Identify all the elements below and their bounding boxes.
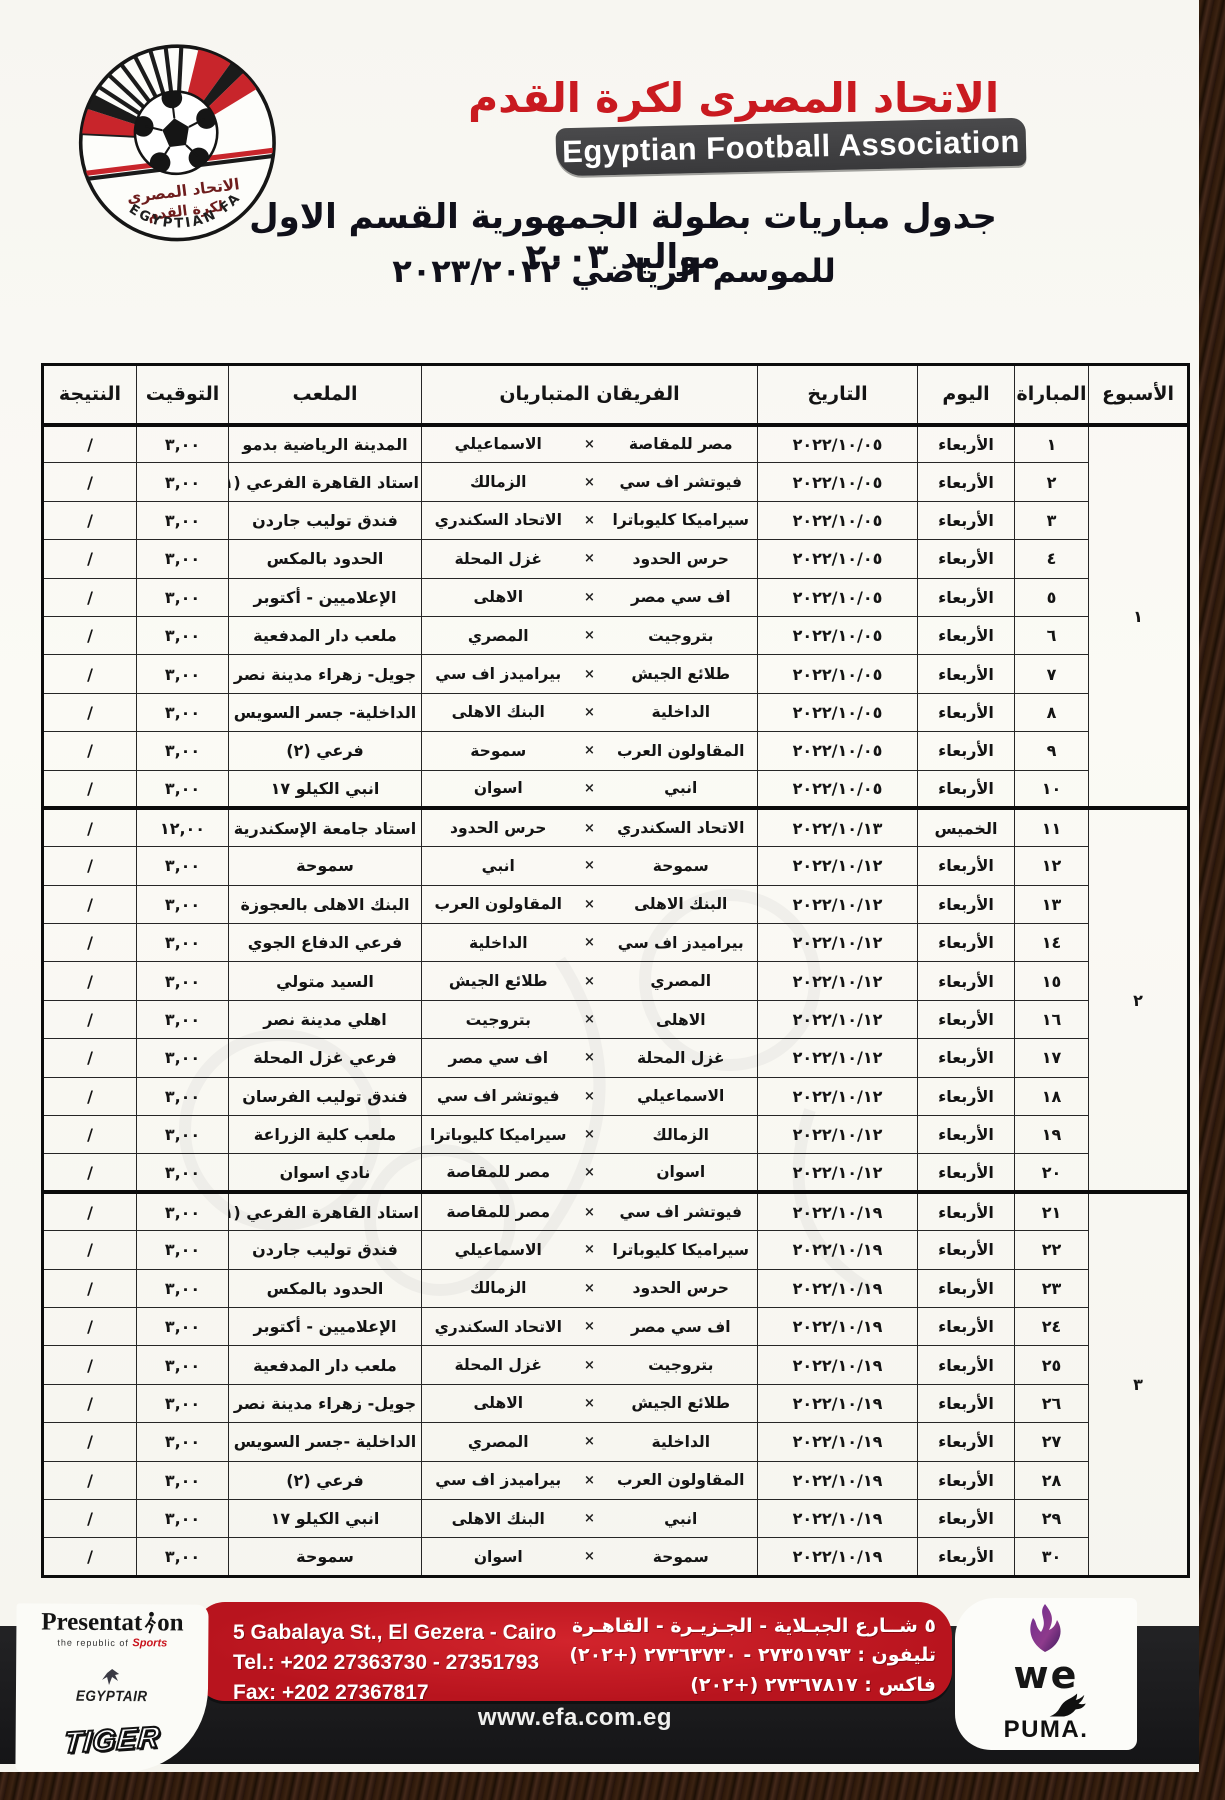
date-cell: ٢٠٢٢/١٠/١٩: [758, 1538, 918, 1576]
away-team: الزمالك: [424, 473, 573, 491]
date-cell: ٢٠٢٢/١٠/٠٥: [758, 770, 918, 808]
table-header-row: الأسبوع المباراة اليوم التاريخ الفريقان …: [43, 365, 1189, 425]
match-row: ٢٠الأربعاء٢٠٢٢/١٠/١٢اسوان×مصر للمقاصةناد…: [43, 1154, 1189, 1192]
venue-cell: نادي اسوان: [229, 1154, 422, 1192]
date-cell: ٢٠٢٢/١٠/٠٥: [758, 463, 918, 501]
teams-cell: اسوان×مصر للمقاصة: [422, 1154, 758, 1192]
venue-cell: فرعي (٢): [229, 1461, 422, 1499]
date-cell: ٢٠٢٢/١٠/١٩: [758, 1307, 918, 1345]
day-cell: الأربعاء: [918, 1192, 1015, 1230]
venue-cell: جويل- زهراء مدينة نصر: [229, 1384, 422, 1422]
day-cell: الأربعاء: [918, 770, 1015, 808]
match-row: ٣٠الأربعاء٢٠٢٢/١٠/١٩سموحة×اسوانسموحة٣,٠٠…: [43, 1538, 1189, 1576]
day-cell: الأربعاء: [918, 1423, 1015, 1461]
header-teams: الفريقان المتباريان: [422, 365, 758, 425]
day-cell: الأربعاء: [918, 501, 1015, 539]
header-time: التوقيت: [137, 365, 229, 425]
home-team: حرس الحدود: [607, 1279, 756, 1297]
time-cell: ٣,٠٠: [137, 540, 229, 578]
date-cell: ٢٠٢٢/١٠/١٩: [758, 1231, 918, 1269]
venue-cell: انبي الكيلو ١٧: [229, 1499, 422, 1537]
away-team: اف سي مصر: [424, 1049, 573, 1067]
teams-cell: المصري×طلائع الجيش: [422, 962, 758, 1000]
teams-cell: سيراميكا كليوباترا×الاسماعيلي: [422, 1231, 758, 1269]
teams-cell: بتروجيت×غزل المحلة: [422, 1346, 758, 1384]
venue-cell: البنك الاهلى بالعجوزة: [229, 885, 422, 923]
day-cell: الأربعاء: [918, 1154, 1015, 1192]
match-row: ١٠الأربعاء٢٠٢٢/١٠/٠٥انبي×اسوانانبي الكيل…: [43, 770, 1189, 808]
home-team: بتروجيت: [607, 1356, 756, 1374]
teams-cell: حرس الحدود×غزل المحلة: [422, 540, 758, 578]
home-team: طلائع الجيش: [607, 665, 756, 683]
away-team: البنك الاهلى: [424, 1510, 573, 1528]
day-cell: الأربعاء: [918, 732, 1015, 770]
week-number-cell: ٣: [1089, 1192, 1189, 1576]
day-cell: الأربعاء: [918, 1384, 1015, 1422]
time-cell: ٣,٠٠: [137, 732, 229, 770]
match-number-cell: ٤: [1015, 540, 1089, 578]
presentation-sports-logo: Presentat on the republic of Sports: [41, 1610, 184, 1650]
away-team: غزل المحلة: [424, 550, 573, 568]
away-team: الاتحاد السكندري: [424, 1318, 573, 1336]
teams-cell: اف سي مصر×الاهلى: [422, 578, 758, 616]
result-cell: /: [43, 616, 137, 654]
result-cell: /: [43, 885, 137, 923]
document-page: الاتحاد المصري لكرة القدم EGYPTIAN FA ال…: [0, 0, 1199, 1772]
date-cell: ٢٠٢٢/١٠/١٢: [758, 1039, 918, 1077]
match-number-cell: ٢: [1015, 463, 1089, 501]
header-match: المباراة: [1015, 365, 1089, 425]
result-cell: /: [43, 540, 137, 578]
result-cell: /: [43, 1499, 137, 1537]
match-row: ١٢الأربعاء٢٠٢٢/١٠/١٢سموحة×انبيسموحة٣,٠٠/: [43, 847, 1189, 885]
match-number-cell: ١٠: [1015, 770, 1089, 808]
away-team: مصر للمقاصة: [424, 1203, 573, 1221]
result-cell: /: [43, 1192, 137, 1230]
vs-symbol: ×: [573, 1511, 607, 1526]
result-cell: /: [43, 1538, 137, 1576]
contact-block-english: 5 Gabalaya St., El Gezera - Cairo Tel.: …: [233, 1618, 556, 1707]
vs-symbol: ×: [573, 821, 607, 836]
away-team: بيراميدز اف سي: [424, 665, 573, 683]
runner-icon: [143, 1611, 156, 1635]
venue-cell: الإعلاميين - أكتوبر: [229, 578, 422, 616]
match-number-cell: ٢٢: [1015, 1231, 1089, 1269]
venue-cell: فرعي (٢): [229, 732, 422, 770]
day-cell: الأربعاء: [918, 847, 1015, 885]
result-cell: /: [43, 808, 137, 846]
time-cell: ٣,٠٠: [137, 1307, 229, 1345]
time-cell: ٣,٠٠: [137, 885, 229, 923]
teams-cell: حرس الحدود×الزمالك: [422, 1269, 758, 1307]
teams-cell: الداخلية×المصري: [422, 1423, 758, 1461]
match-row: ٢٤الأربعاء٢٠٢٢/١٠/١٩اف سي مصر×الاتحاد ال…: [43, 1307, 1189, 1345]
teams-cell: سموحة×انبي: [422, 847, 758, 885]
vs-symbol: ×: [573, 551, 607, 566]
document-season: للموسم الرياضي ٢٠٢٣/٢٠٢٢: [222, 252, 1006, 290]
time-cell: ٣,٠٠: [137, 1231, 229, 1269]
match-row: ٥الأربعاء٢٠٢٢/١٠/٠٥اف سي مصر×الاهلىالإعل…: [43, 578, 1189, 616]
vs-symbol: ×: [573, 974, 607, 989]
day-cell: الأربعاء: [918, 655, 1015, 693]
venue-cell: ملعب دار المدفعية: [229, 616, 422, 654]
day-cell: الأربعاء: [918, 1000, 1015, 1038]
vs-symbol: ×: [573, 1358, 607, 1373]
teams-cell: بتروجيت×المصري: [422, 616, 758, 654]
teams-cell: الاسماعيلي×فيوتشر اف سي: [422, 1077, 758, 1115]
match-row: ٢٩الأربعاء٢٠٢٢/١٠/١٩انبي×البنك الاهلىانب…: [43, 1499, 1189, 1537]
match-number-cell: ٧: [1015, 655, 1089, 693]
teams-cell: المقاولون العرب×سموحة: [422, 732, 758, 770]
venue-cell: استاد القاهرة الفرعي (١): [229, 1192, 422, 1230]
match-number-cell: ٣: [1015, 501, 1089, 539]
vs-symbol: ×: [573, 1127, 607, 1142]
sponsor-panel-right: we PUMA.: [955, 1598, 1137, 1750]
match-number-cell: ٨: [1015, 693, 1089, 731]
home-team: المقاولون العرب: [607, 1471, 756, 1489]
day-cell: الأربعاء: [918, 1346, 1015, 1384]
match-number-cell: ٢٠: [1015, 1154, 1089, 1192]
home-team: سيراميكا كليوباترا: [607, 511, 756, 529]
match-row: ٢٦الأربعاء٢٠٢٢/١٠/١٩طلائع الجيش×الاهلىجو…: [43, 1384, 1189, 1422]
match-row: ١٤الأربعاء٢٠٢٢/١٠/١٢بيراميدز اف سي×الداخ…: [43, 924, 1189, 962]
teams-cell: بيراميدز اف سي×الداخلية: [422, 924, 758, 962]
egyptair-logo: EGYPTAIR: [72, 1668, 152, 1706]
day-cell: الأربعاء: [918, 463, 1015, 501]
home-team: الاسماعيلي: [607, 1087, 756, 1105]
time-cell: ٣,٠٠: [137, 1269, 229, 1307]
vs-symbol: ×: [573, 437, 607, 452]
away-team: اسوان: [424, 779, 573, 797]
day-cell: الأربعاء: [918, 1231, 1015, 1269]
match-number-cell: ٦: [1015, 616, 1089, 654]
result-cell: /: [43, 770, 137, 808]
teams-cell: غزل المحلة×اف سي مصر: [422, 1039, 758, 1077]
match-number-cell: ٥: [1015, 578, 1089, 616]
time-cell: ٣,٠٠: [137, 1499, 229, 1537]
result-cell: /: [43, 1269, 137, 1307]
vs-symbol: ×: [573, 743, 607, 758]
away-team: انبي: [424, 857, 573, 875]
match-number-cell: ١٢: [1015, 847, 1089, 885]
away-team: فيوتشر اف سي: [424, 1087, 573, 1105]
away-team: الاتحاد السكندري: [424, 511, 573, 529]
result-cell: /: [43, 1116, 137, 1154]
home-team: سيراميكا كليوباترا: [607, 1241, 756, 1259]
date-cell: ٢٠٢٢/١٠/١٣: [758, 808, 918, 846]
day-cell: الأربعاء: [918, 885, 1015, 923]
date-cell: ٢٠٢٢/١٠/٠٥: [758, 655, 918, 693]
time-cell: ١٢,٠٠: [137, 808, 229, 846]
org-name-english: Egyptian Football Association: [562, 124, 1020, 170]
match-row: ٢الأربعاء٢٠٢٢/١٠/٠٥فيوتشر اف سي×الزمالكا…: [43, 463, 1189, 501]
match-number-cell: ٢٧: [1015, 1423, 1089, 1461]
date-cell: ٢٠٢٢/١٠/٠٥: [758, 693, 918, 731]
date-cell: ٢٠٢٢/١٠/١٩: [758, 1346, 918, 1384]
vs-symbol: ×: [573, 935, 607, 950]
match-number-cell: ٢٤: [1015, 1307, 1089, 1345]
result-cell: /: [43, 847, 137, 885]
vs-symbol: ×: [573, 1242, 607, 1257]
away-team: طلائع الجيش: [424, 972, 573, 990]
vs-symbol: ×: [573, 628, 607, 643]
vs-symbol: ×: [573, 513, 607, 528]
date-cell: ٢٠٢٢/١٠/٠٥: [758, 616, 918, 654]
we-logo: we: [1014, 1660, 1079, 1690]
match-row: ٤الأربعاء٢٠٢٢/١٠/٠٥حرس الحدود×غزل المحلة…: [43, 540, 1189, 578]
match-number-cell: ١٩: [1015, 1116, 1089, 1154]
away-team: بتروجيت: [424, 1011, 573, 1029]
home-team: سموحة: [607, 1548, 756, 1566]
away-team: الاسماعيلي: [424, 1241, 573, 1259]
home-team: اسوان: [607, 1163, 756, 1181]
vs-symbol: ×: [573, 1089, 607, 1104]
time-cell: ٣,٠٠: [137, 924, 229, 962]
venue-cell: فندق توليب جاردن: [229, 501, 422, 539]
home-team: اف سي مصر: [607, 1318, 756, 1336]
date-cell: ٢٠٢٢/١٠/١٢: [758, 1077, 918, 1115]
date-cell: ٢٠٢٢/١٠/٠٥: [758, 501, 918, 539]
vs-symbol: ×: [573, 667, 607, 682]
away-team: مصر للمقاصة: [424, 1163, 573, 1181]
day-cell: الأربعاء: [918, 1077, 1015, 1115]
result-cell: /: [43, 1231, 137, 1269]
match-number-cell: ١٥: [1015, 962, 1089, 1000]
header-venue: الملعب: [229, 365, 422, 425]
home-team: سموحة: [607, 857, 756, 875]
result-cell: /: [43, 693, 137, 731]
venue-cell: ملعب دار المدفعية: [229, 1346, 422, 1384]
week-number-cell: ١: [1089, 425, 1189, 809]
time-cell: ٣,٠٠: [137, 770, 229, 808]
teams-cell: سموحة×اسوان: [422, 1538, 758, 1576]
vs-symbol: ×: [573, 590, 607, 605]
date-cell: ٢٠٢٢/١٠/١٩: [758, 1499, 918, 1537]
away-team: بيراميدز اف سي: [424, 1471, 573, 1489]
schedule-table: الأسبوع المباراة اليوم التاريخ الفريقان …: [41, 363, 1190, 1578]
result-cell: /: [43, 732, 137, 770]
home-team: بتروجيت: [607, 627, 756, 645]
time-cell: ٣,٠٠: [137, 1192, 229, 1230]
venue-cell: فرعي غزل المحلة: [229, 1039, 422, 1077]
day-cell: الأربعاء: [918, 616, 1015, 654]
match-number-cell: ١٣: [1015, 885, 1089, 923]
telephone-arabic: تليفون : ٢٧٣٥١٧٩٣ - ٢٧٣٦٣٧٣٠ (+٢٠٢): [569, 1641, 936, 1670]
result-cell: /: [43, 1423, 137, 1461]
time-cell: ٣,٠٠: [137, 847, 229, 885]
date-cell: ٢٠٢٢/١٠/١٩: [758, 1192, 918, 1230]
away-team: حرس الحدود: [424, 819, 573, 837]
match-number-cell: ١٤: [1015, 924, 1089, 962]
home-team: الداخلية: [607, 703, 756, 721]
away-team: المصري: [424, 1433, 573, 1451]
vs-symbol: ×: [573, 1050, 607, 1065]
match-number-cell: ١٨: [1015, 1077, 1089, 1115]
away-team: غزل المحلة: [424, 1356, 573, 1374]
teams-cell: طلائع الجيش×الاهلى: [422, 1384, 758, 1422]
teams-cell: سيراميكا كليوباترا×الاتحاد السكندري: [422, 501, 758, 539]
result-cell: /: [43, 1154, 137, 1192]
away-team: المصري: [424, 627, 573, 645]
venue-cell: استاد جامعة الإسكندرية: [229, 808, 422, 846]
result-cell: /: [43, 1000, 137, 1038]
match-number-cell: ١٦: [1015, 1000, 1089, 1038]
date-cell: ٢٠٢٢/١٠/١٢: [758, 1000, 918, 1038]
contact-banner: 5 Gabalaya St., El Gezera - Cairo Tel.: …: [195, 1602, 952, 1701]
match-row: ٨الأربعاء٢٠٢٢/١٠/٠٥الداخلية×البنك الاهلى…: [43, 693, 1189, 731]
vs-symbol: ×: [573, 1281, 607, 1296]
match-number-cell: ٢١: [1015, 1192, 1089, 1230]
venue-cell: الداخلية -جسر السويس: [229, 1423, 422, 1461]
schedule-table-container: الأسبوع المباراة اليوم التاريخ الفريقان …: [41, 363, 1190, 1578]
vs-symbol: ×: [573, 1012, 607, 1027]
home-team: انبي: [607, 779, 756, 797]
match-row: ٣٢١الأربعاء٢٠٢٢/١٠/١٩فيوتشر اف سي×مصر لل…: [43, 1192, 1189, 1230]
teams-cell: الاتحاد السكندري×حرس الحدود: [422, 808, 758, 846]
date-cell: ٢٠٢٢/١٠/١٢: [758, 1116, 918, 1154]
home-team: الاهلى: [607, 1011, 756, 1029]
result-cell: /: [43, 1077, 137, 1115]
result-cell: /: [43, 1384, 137, 1422]
teams-cell: مصر للمقاصة×الاسماعيلي: [422, 425, 758, 463]
match-row: ٩الأربعاء٢٠٢٢/١٠/٠٥المقاولون العرب×سموحة…: [43, 732, 1189, 770]
vs-symbol: ×: [573, 1396, 607, 1411]
vs-symbol: ×: [573, 1473, 607, 1488]
home-team: فيوتشر اف سي: [607, 473, 756, 491]
result-cell: /: [43, 578, 137, 616]
day-cell: الأربعاء: [918, 1307, 1015, 1345]
teams-cell: الزمالك×سيراميكا كليوباترا: [422, 1116, 758, 1154]
vs-symbol: ×: [573, 1434, 607, 1449]
venue-cell: الإعلاميين - أكتوبر: [229, 1307, 422, 1345]
venue-cell: المدينة الرياضية بدمو: [229, 425, 422, 463]
venue-cell: الحدود بالمكس: [229, 1269, 422, 1307]
result-cell: /: [43, 924, 137, 962]
match-number-cell: ١: [1015, 425, 1089, 463]
match-row: ٢٥الأربعاء٢٠٢٢/١٠/١٩بتروجيت×غزل المحلةمل…: [43, 1346, 1189, 1384]
home-team: المصري: [607, 972, 756, 990]
home-team: طلائع الجيش: [607, 1394, 756, 1412]
time-cell: ٣,٠٠: [137, 1039, 229, 1077]
match-row: ٢٢الأربعاء٢٠٢٢/١٠/١٩سيراميكا كليوباترا×ا…: [43, 1231, 1189, 1269]
time-cell: ٣,٠٠: [137, 463, 229, 501]
venue-cell: استاد القاهرة الفرعي (١): [229, 463, 422, 501]
vs-symbol: ×: [573, 858, 607, 873]
match-number-cell: ٩: [1015, 732, 1089, 770]
match-number-cell: ١١: [1015, 808, 1089, 846]
teams-cell: الداخلية×البنك الاهلى: [422, 693, 758, 731]
teams-cell: البنك الاهلى×المقاولون العرب: [422, 885, 758, 923]
venue-cell: فرعي الدفاع الجوي: [229, 924, 422, 962]
presentation-text-1: Presentat: [41, 1610, 142, 1636]
time-cell: ٣,٠٠: [137, 501, 229, 539]
vs-symbol: ×: [573, 897, 607, 912]
date-cell: ٢٠٢٢/١٠/١٩: [758, 1423, 918, 1461]
time-cell: ٣,٠٠: [137, 578, 229, 616]
match-number-cell: ٣٠: [1015, 1538, 1089, 1576]
date-cell: ٢٠٢٢/١٠/١٢: [758, 924, 918, 962]
venue-cell: اهلي مدينة نصر: [229, 1000, 422, 1038]
result-cell: /: [43, 962, 137, 1000]
match-row: ١٧الأربعاء٢٠٢٢/١٠/١٢غزل المحلة×اف سي مصر…: [43, 1039, 1189, 1077]
match-row: ٢٨الأربعاء٢٠٢٢/١٠/١٩المقاولون العرب×بيرا…: [43, 1461, 1189, 1499]
date-cell: ٢٠٢٢/١٠/٠٥: [758, 425, 918, 463]
vs-symbol: ×: [573, 1205, 607, 1220]
home-team: مصر للمقاصة: [607, 435, 756, 453]
teams-cell: انبي×اسوان: [422, 770, 758, 808]
header-date: التاريخ: [758, 365, 918, 425]
match-row: ٦الأربعاء٢٠٢٢/١٠/٠٥بتروجيت×المصريملعب دا…: [43, 616, 1189, 654]
match-number-cell: ٢٥: [1015, 1346, 1089, 1384]
teams-cell: الاهلى×بتروجيت: [422, 1000, 758, 1038]
away-team: الاسماعيلي: [424, 435, 573, 453]
match-row: ١٣الأربعاء٢٠٢٢/١٠/١٢البنك الاهلى×المقاول…: [43, 885, 1189, 923]
week-number-cell: ٢: [1089, 808, 1189, 1192]
day-cell: الأربعاء: [918, 1039, 1015, 1077]
date-cell: ٢٠٢٢/١٠/١٩: [758, 1461, 918, 1499]
vs-symbol: ×: [573, 705, 607, 720]
home-team: الزمالك: [607, 1126, 756, 1144]
match-number-cell: ٢٦: [1015, 1384, 1089, 1422]
away-team: المقاولون العرب: [424, 895, 573, 913]
puma-logo: PUMA.: [1004, 1692, 1089, 1742]
time-cell: ٣,٠٠: [137, 1000, 229, 1038]
time-cell: ٣,٠٠: [137, 1423, 229, 1461]
match-number-cell: ٢٩: [1015, 1499, 1089, 1537]
day-cell: الأربعاء: [918, 1499, 1015, 1537]
result-cell: /: [43, 1461, 137, 1499]
teams-cell: طلائع الجيش×بيراميدز اف سي: [422, 655, 758, 693]
fax-arabic: فاكس : ٢٧٣٦٧٨١٧ (+٢٠٢): [569, 1671, 936, 1700]
result-cell: /: [43, 1039, 137, 1077]
telephone-english: Tel.: +202 27363730 - 27351793: [233, 1648, 556, 1678]
tiger-logo: TIGER: [62, 1721, 161, 1761]
we-flame-icon: [1023, 1602, 1069, 1660]
result-cell: /: [43, 655, 137, 693]
match-number-cell: ٢٨: [1015, 1461, 1089, 1499]
day-cell: الأربعاء: [918, 1538, 1015, 1576]
date-cell: ٢٠٢٢/١٠/١٢: [758, 885, 918, 923]
away-team: سموحة: [424, 742, 573, 760]
away-team: الاهلى: [424, 1394, 573, 1412]
result-cell: /: [43, 1307, 137, 1345]
puma-cat-icon: [1046, 1692, 1088, 1718]
result-cell: /: [43, 1346, 137, 1384]
home-team: غزل المحلة: [607, 1049, 756, 1067]
presentation-tagline-sports: Sports: [132, 1637, 167, 1649]
match-row: ٢٣الأربعاء٢٠٢٢/١٠/١٩حرس الحدود×الزمالكال…: [43, 1269, 1189, 1307]
vs-symbol: ×: [573, 1165, 607, 1180]
venue-cell: السيد متولي: [229, 962, 422, 1000]
away-team: سيراميكا كليوباترا: [424, 1126, 573, 1144]
vs-symbol: ×: [573, 1319, 607, 1334]
vs-symbol: ×: [573, 781, 607, 796]
schedule-table-body: ١١الأربعاء٢٠٢٢/١٠/٠٥مصر للمقاصة×الاسماعي…: [43, 425, 1189, 1577]
address-english: 5 Gabalaya St., El Gezera - Cairo: [233, 1618, 556, 1648]
venue-cell: ملعب كلية الزراعة: [229, 1116, 422, 1154]
venue-cell: الحدود بالمكس: [229, 540, 422, 578]
result-cell: /: [43, 501, 137, 539]
day-cell: الأربعاء: [918, 1269, 1015, 1307]
presentation-text-2: on: [157, 1610, 184, 1635]
match-row: ٢٧الأربعاء٢٠٢٢/١٠/١٩الداخلية×المصريالداخ…: [43, 1423, 1189, 1461]
match-row: ٢١١الخميس٢٠٢٢/١٠/١٣الاتحاد السكندري×حرس …: [43, 808, 1189, 846]
time-cell: ٣,٠٠: [137, 616, 229, 654]
away-team: البنك الاهلى: [424, 703, 573, 721]
date-cell: ٢٠٢٢/١٠/٠٥: [758, 540, 918, 578]
time-cell: ٣,٠٠: [137, 425, 229, 463]
match-row: ١٦الأربعاء٢٠٢٢/١٠/١٢الاهلى×بتروجيتاهلي م…: [43, 1000, 1189, 1038]
